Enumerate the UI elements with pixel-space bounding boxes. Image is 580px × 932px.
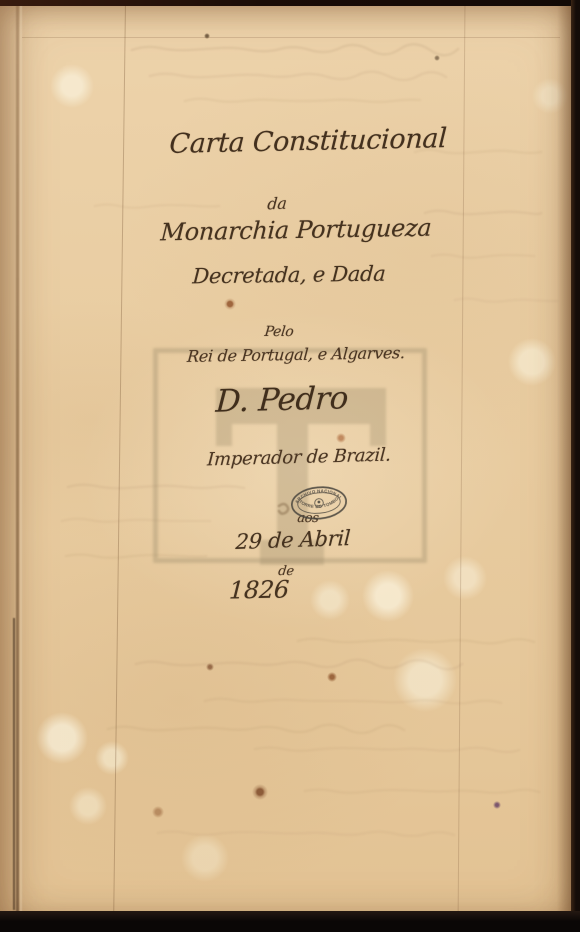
manuscript-line-d-pedro: D. Pedro xyxy=(215,380,349,420)
archive-oval-stamp: ARCHIVO NACIONAL TORRE DO TOMBO xyxy=(289,484,350,523)
manuscript-line-monarchia: Monarchia Portugueza xyxy=(160,214,432,247)
manuscript-line-rei: Rei de Portugal, e Algarves. xyxy=(186,343,405,366)
manuscript-line-da: da xyxy=(267,194,288,214)
manuscript-line-decretada: Decretada, e Dada xyxy=(192,262,386,289)
manuscript-line-dia: 29 de Abril xyxy=(235,526,351,554)
manuscript-line-ano: 1826 xyxy=(228,575,289,604)
page-right-edge-shadow xyxy=(557,0,571,932)
scanned-manuscript-page: Carta Constitucional da Monarchia Portug… xyxy=(0,0,580,932)
manuscript-line-pelo: Pelo xyxy=(264,324,294,340)
manuscript-line-title: Carta Constitucional xyxy=(169,123,448,160)
